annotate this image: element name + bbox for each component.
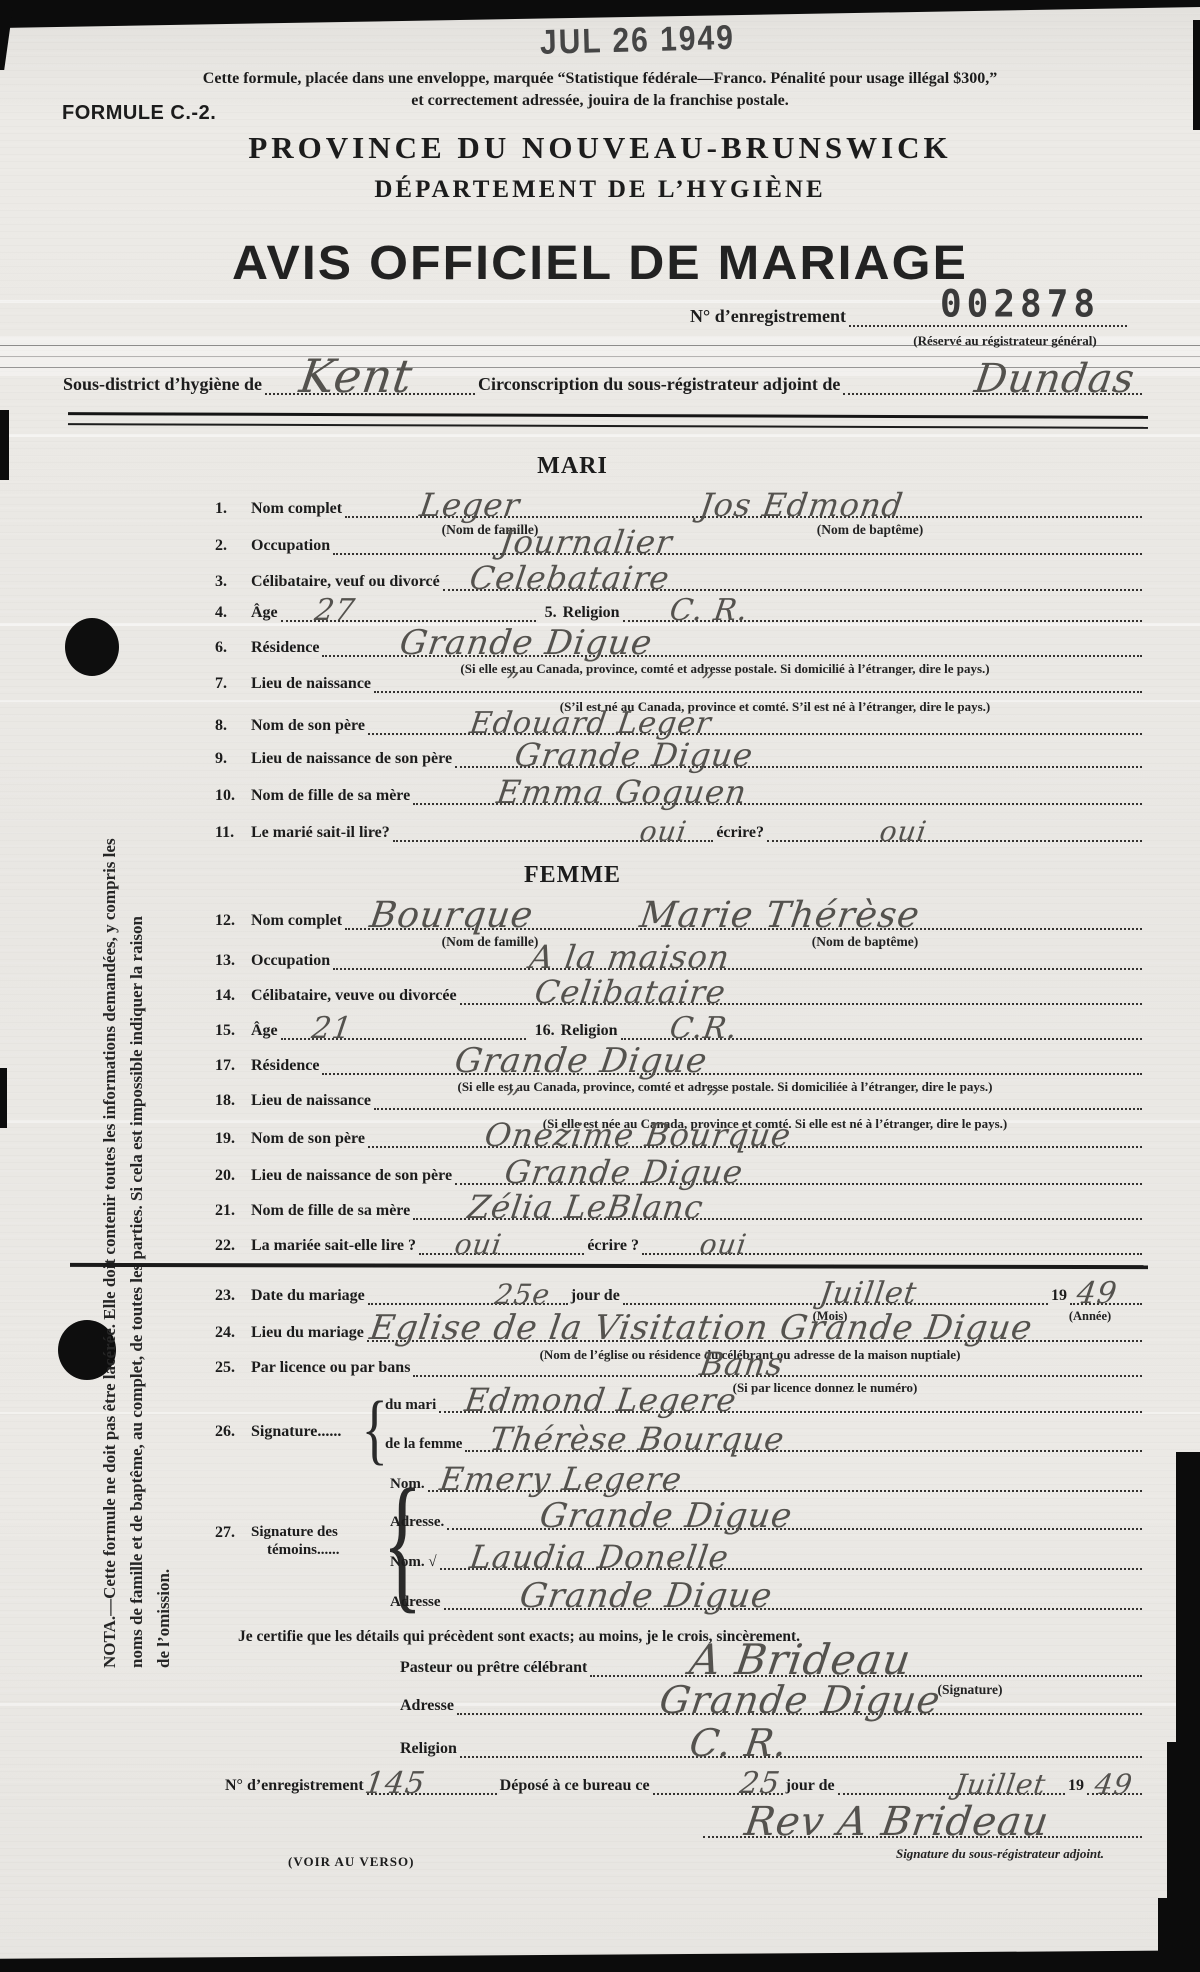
field-number: 26. xyxy=(215,1423,251,1441)
handwritten-father-birthplace: Grande Digue xyxy=(513,741,755,770)
field-row-10: 10. Nom de fille de sa mère Emma Goguen xyxy=(215,781,1145,805)
registration-row: N° d’enregistrement 002878 xyxy=(690,303,1130,327)
field-number: 17. xyxy=(215,1057,251,1075)
handwritten-wedding-day: 25e xyxy=(493,1282,552,1307)
handwritten-occupation: Journalier xyxy=(498,528,674,557)
handwritten-father-birthplace: Grande Digue xyxy=(503,1158,745,1187)
handwritten-wedding-place: Eglise de la Visitation Grande Digue xyxy=(368,1313,1035,1344)
field-number: 23. xyxy=(215,1287,251,1305)
field-label: Adresse xyxy=(390,1594,441,1611)
field-row-15-16: 15. Âge 16. Religion 21 C.R. xyxy=(215,1016,1145,1040)
handwritten-mother-name: Zélia LeBlanc xyxy=(466,1193,705,1222)
field-label: Âge xyxy=(251,604,278,622)
field-label: Le marié sait-il lire? xyxy=(251,824,390,842)
field-label: Lieu de naissance xyxy=(251,675,371,693)
witness2-name-row: Nom. √ Laudia Donelle xyxy=(390,1546,1145,1570)
field-label: Célibataire, veuve ou divorcée xyxy=(251,987,457,1005)
field-label: Lieu du mariage xyxy=(251,1324,364,1342)
field-row-4-5: 4. Âge 5. Religion 27 C. R. xyxy=(215,598,1145,622)
field-number: 9. xyxy=(215,750,251,768)
field-label: Religion xyxy=(561,1022,618,1040)
handwritten-given-name: Jos Edmond xyxy=(698,491,905,520)
field-number: 4. xyxy=(215,604,251,622)
form-code: FORMULE C.-2. xyxy=(62,102,216,125)
field-row-20: 20. Lieu de naissance de son père Grande… xyxy=(215,1161,1145,1185)
field-label: Religion xyxy=(400,1740,457,1758)
handwritten-residence: Grande Digue xyxy=(398,628,655,659)
field-label: Nom de son père xyxy=(251,1130,365,1148)
handwritten-celebrant-address: Grande Digue xyxy=(658,1683,943,1717)
margin-note-line1: NOTA.—Cette formule ne doit pas être lac… xyxy=(96,543,123,1668)
field-row-1: 1. Nom complet Leger Jos Edmond xyxy=(215,494,1145,518)
deposit-row: N° d’enregistrement Déposé à ce bureau c… xyxy=(225,1771,1145,1795)
handwritten-witness2-address: Grande Digue xyxy=(518,1581,775,1612)
handwritten-family-name: Bourque xyxy=(368,900,536,932)
handwritten-licence-or-banns: Bans xyxy=(698,1350,786,1379)
field-label: Lieu de naissance de son père xyxy=(251,750,452,768)
field-label: N° d’enregistrement xyxy=(225,1777,364,1795)
handwritten-witness1-address: Grande Digue xyxy=(538,1501,795,1532)
field-number: 12. xyxy=(215,912,251,930)
field-label: Nom complet xyxy=(251,912,342,930)
field-number: 8. xyxy=(215,717,251,735)
margin-note-line2: noms de famille et de baptême, au comple… xyxy=(123,543,150,1668)
field-row-24: 24. Lieu du mariage Eglise de la Visitat… xyxy=(215,1318,1145,1342)
field-number: 1. xyxy=(215,500,251,518)
celebrant-address-row: Adresse Grande Digue xyxy=(400,1691,1145,1715)
dotted-line xyxy=(333,966,1142,970)
handwritten-can-write: oui xyxy=(698,1232,748,1257)
subdistrict-row: Sous-district d’hygiène de Circonscripti… xyxy=(63,369,1145,395)
field-number: 25. xyxy=(215,1359,251,1377)
handwritten-marital-status: Celibataire xyxy=(533,978,728,1007)
scan-edge-topleft xyxy=(0,0,14,70)
field-label: Adresse xyxy=(400,1697,454,1715)
field-label-26: 26. Signature...... xyxy=(215,1417,375,1441)
scan-edge-bottom xyxy=(0,1948,1200,1972)
field-label: Adresse. xyxy=(390,1514,444,1531)
handwritten-local-registration-number: 145 xyxy=(363,1770,427,1797)
handwritten-can-write: oui xyxy=(878,819,928,844)
field-label: Nom. xyxy=(390,1476,425,1493)
field-label: Occupation xyxy=(251,537,330,555)
field-number: 14. xyxy=(215,987,251,1005)
field-label: Nom de fille de sa mère xyxy=(251,787,410,805)
field-number: 3. xyxy=(215,573,251,591)
field-row-23: 23. Date du mariage jour de 19 25e Juill… xyxy=(215,1281,1145,1305)
field-number: 20. xyxy=(215,1167,251,1185)
handwritten-registrar-signature: Rev A Brideau xyxy=(742,1804,1051,1840)
field-number: 18. xyxy=(215,1092,251,1110)
registration-label: N° d’enregistrement xyxy=(690,307,846,327)
field-row-17: 17. Résidence Grande Digue xyxy=(215,1051,1145,1075)
handwritten-deposit-year: 49 xyxy=(1093,1772,1134,1797)
field-label: du mari xyxy=(385,1397,436,1414)
handwritten-occupation: A la maison xyxy=(528,943,732,972)
field-label: Déposé à ce bureau ce xyxy=(500,1777,650,1795)
field-row-2: 2. Occupation Journalier xyxy=(215,531,1145,555)
handwritten-deposit-day: 25 xyxy=(738,1770,782,1797)
handwritten-religion: C. R. xyxy=(668,597,750,624)
signature-wife-row: de la femme Thérèse Bourque xyxy=(385,1428,1145,1452)
field-label: Par licence ou par bans xyxy=(251,1359,410,1377)
field-label: Occupation xyxy=(251,952,330,970)
field-number: 10. xyxy=(215,787,251,805)
field-row-7: 7. Lieu de naissance ” ” xyxy=(215,669,1145,693)
marriage-notice-scan: NOTA.—Cette formule ne doit pas être lac… xyxy=(0,0,1200,1972)
heavy-divider xyxy=(68,412,1148,429)
brace: { xyxy=(362,1390,388,1468)
margin-note: NOTA.—Cette formule ne doit pas être lac… xyxy=(96,543,177,1668)
handwritten-witness2-name: Laudia Donelle xyxy=(468,1543,731,1572)
field-row-21: 21. Nom de fille de sa mère Zélia LeBlan… xyxy=(215,1196,1145,1220)
handwritten-wife-signature: Thérèse Bourque xyxy=(488,1425,786,1454)
section-title-mari: MARI xyxy=(0,453,1145,480)
witness1-name-row: Nom. Emery Legere xyxy=(390,1468,1145,1492)
field-label: Nom de fille de sa mère xyxy=(251,1202,410,1220)
field-number: 19. xyxy=(215,1130,251,1148)
caption-registrar: Signature du sous-régistrateur adjoint. xyxy=(855,1846,1145,1862)
field-label: 19 xyxy=(1051,1287,1067,1305)
field-label: écrire? xyxy=(716,824,764,842)
verso-note: (VOIR AU VERSO) xyxy=(288,1854,414,1870)
handwritten-witness1-name: Emery Legere xyxy=(438,1465,684,1494)
field-label-27: 27. Signature des témoins...... xyxy=(215,1524,375,1558)
field-row-11: 11. Le marié sait-il lire? écrire? oui o… xyxy=(215,818,1145,842)
field-label: Signature des xyxy=(251,1524,338,1542)
field-label: Âge xyxy=(251,1022,278,1040)
handwritten-wedding-month: Juillet xyxy=(818,1280,919,1307)
handwritten-circonscription: Dundas xyxy=(972,361,1137,397)
field-label: Pasteur ou prêtre célébrant xyxy=(400,1659,587,1677)
dotted-line xyxy=(374,689,1142,693)
field-label: Lieu de naissance de son père xyxy=(251,1167,452,1185)
dotted-line xyxy=(460,1754,1142,1758)
handwritten-given-name: Marie Thérèse xyxy=(638,900,922,932)
field-row-14: 14. Célibataire, veuve ou divorcée Celib… xyxy=(215,981,1145,1005)
field-label: jour de xyxy=(786,1777,835,1795)
field-label: La mariée sait-elle lire ? xyxy=(251,1237,416,1255)
field-row-8: 8. Nom de son père Edouard Leger xyxy=(215,711,1145,735)
handwritten-mother-name: Emma Goguen xyxy=(495,778,749,807)
postal-notice-line1: Cette formule, placée dans une enveloppe… xyxy=(0,70,1200,88)
margin-note-line3: de l’omission. xyxy=(150,543,177,1668)
field-label: Date du mariage xyxy=(251,1287,365,1305)
field-number: 27. xyxy=(215,1524,251,1542)
field-row-13: 13. Occupation A la maison xyxy=(215,946,1145,970)
handwritten-subdistrict: Kent xyxy=(297,356,415,397)
section-title-femme: FEMME xyxy=(0,862,1145,889)
subdistrict-label: Sous-district d’hygiène de xyxy=(63,375,262,395)
field-number: 6. xyxy=(215,639,251,657)
scan-streak xyxy=(0,434,1200,437)
field-number: 15. xyxy=(215,1022,251,1040)
field-label: Signature...... xyxy=(251,1423,341,1441)
signature-husband-row: du mari Edmond Legere xyxy=(385,1389,1145,1413)
field-row-18: 18. Lieu de naissance ” ” xyxy=(215,1086,1145,1110)
field-label: Nom de son père xyxy=(251,717,365,735)
field-number: 5. xyxy=(539,604,563,622)
handwritten-age: 27 xyxy=(313,597,357,624)
handwritten-father-name: Onezime Bourque xyxy=(483,1121,793,1150)
field-number: 2. xyxy=(215,537,251,555)
handwritten-can-read: oui xyxy=(453,1232,503,1257)
field-label: Résidence xyxy=(251,1057,319,1075)
celebrant-signature-row: Pasteur ou prêtre célébrant A Brideau xyxy=(400,1653,1145,1677)
field-number: 13. xyxy=(215,952,251,970)
dotted-line xyxy=(374,1106,1142,1110)
field-row-3: 3. Célibataire, veuf ou divorcé Celebata… xyxy=(215,567,1145,591)
field-label: Résidence xyxy=(251,639,319,657)
field-number: 11. xyxy=(215,824,251,842)
handwritten-family-name: Leger xyxy=(418,491,522,520)
handwritten-father-name: Edouard Leger xyxy=(468,710,713,737)
field-label: Nom. √ xyxy=(390,1554,437,1571)
handwritten-religion: C.R. xyxy=(668,1015,739,1042)
handwritten-can-read: oui xyxy=(638,819,688,844)
field-label: Célibataire, veuf ou divorcé xyxy=(251,573,440,591)
field-label: Nom complet xyxy=(251,500,342,518)
registrar-signature-row: Rev A Brideau xyxy=(700,1814,1145,1838)
field-label: écrire ? xyxy=(587,1237,639,1255)
handwritten-husband-signature: Edmond Legere xyxy=(463,1386,739,1415)
department-heading: DÉPARTEMENT DE L’HYGIÈNE xyxy=(0,176,1200,204)
field-row-9: 9. Lieu de naissance de son père Grande … xyxy=(215,744,1145,768)
witness1-address-row: Adresse. Grande Digue xyxy=(390,1506,1145,1530)
field-label: jour de xyxy=(571,1287,620,1305)
field-label: de la femme xyxy=(385,1436,462,1453)
handwritten-celebrant-signature: A Brideau xyxy=(687,1641,913,1679)
dotted-line xyxy=(767,838,1142,842)
field-label: Religion xyxy=(563,604,620,622)
circonscription-label: Circonscription du sous-régistrateur adj… xyxy=(478,375,840,395)
witness2-address-row: Adresse Grande Digue xyxy=(390,1586,1145,1610)
field-number: 7. xyxy=(215,675,251,693)
field-number: 22. xyxy=(215,1237,251,1255)
registration-number-stamp: 002878 xyxy=(940,283,1100,326)
handwritten-celebrant-religion: C. R. xyxy=(688,1726,790,1760)
field-number: 24. xyxy=(215,1324,251,1342)
field-label: Lieu de naissance xyxy=(251,1092,371,1110)
field-row-25: 25. Par licence ou par bans Bans xyxy=(215,1353,1145,1377)
field-label: témoins...... xyxy=(267,1542,375,1559)
field-row-22: 22. La mariée sait-elle lire ? écrire ? … xyxy=(215,1231,1145,1255)
field-row-6: 6. Résidence Grande Digue xyxy=(215,633,1145,657)
handwritten-residence: Grande Digue xyxy=(453,1046,710,1077)
scan-edge-left-mark xyxy=(0,1068,7,1128)
field-row-19: 19. Nom de son père Onezime Bourque xyxy=(215,1124,1145,1148)
field-number: 21. xyxy=(215,1202,251,1220)
dotted-line xyxy=(333,551,1142,555)
field-row-12: 12. Nom complet Bourque Marie Thérèse xyxy=(215,906,1145,930)
province-heading: PROVINCE DU NOUVEAU-BRUNSWICK xyxy=(0,130,1200,166)
date-received-stamp: JUL 26 1949 xyxy=(540,19,736,63)
field-label: 19 xyxy=(1068,1777,1084,1795)
heavy-divider xyxy=(70,1263,1148,1269)
handwritten-age: 21 xyxy=(310,1015,354,1042)
field-number: 16. xyxy=(529,1022,561,1040)
celebrant-religion-row: Religion C. R. xyxy=(400,1734,1145,1758)
handwritten-deposit-month: Juillet xyxy=(953,1772,1047,1797)
handwritten-marital-status: Celebataire xyxy=(468,564,672,593)
registration-note: (Réservé au régistrateur général) xyxy=(880,333,1130,349)
handwritten-wedding-year: 49 xyxy=(1075,1280,1119,1307)
dotted-line xyxy=(322,1071,1142,1075)
dotted-line xyxy=(419,1251,584,1255)
